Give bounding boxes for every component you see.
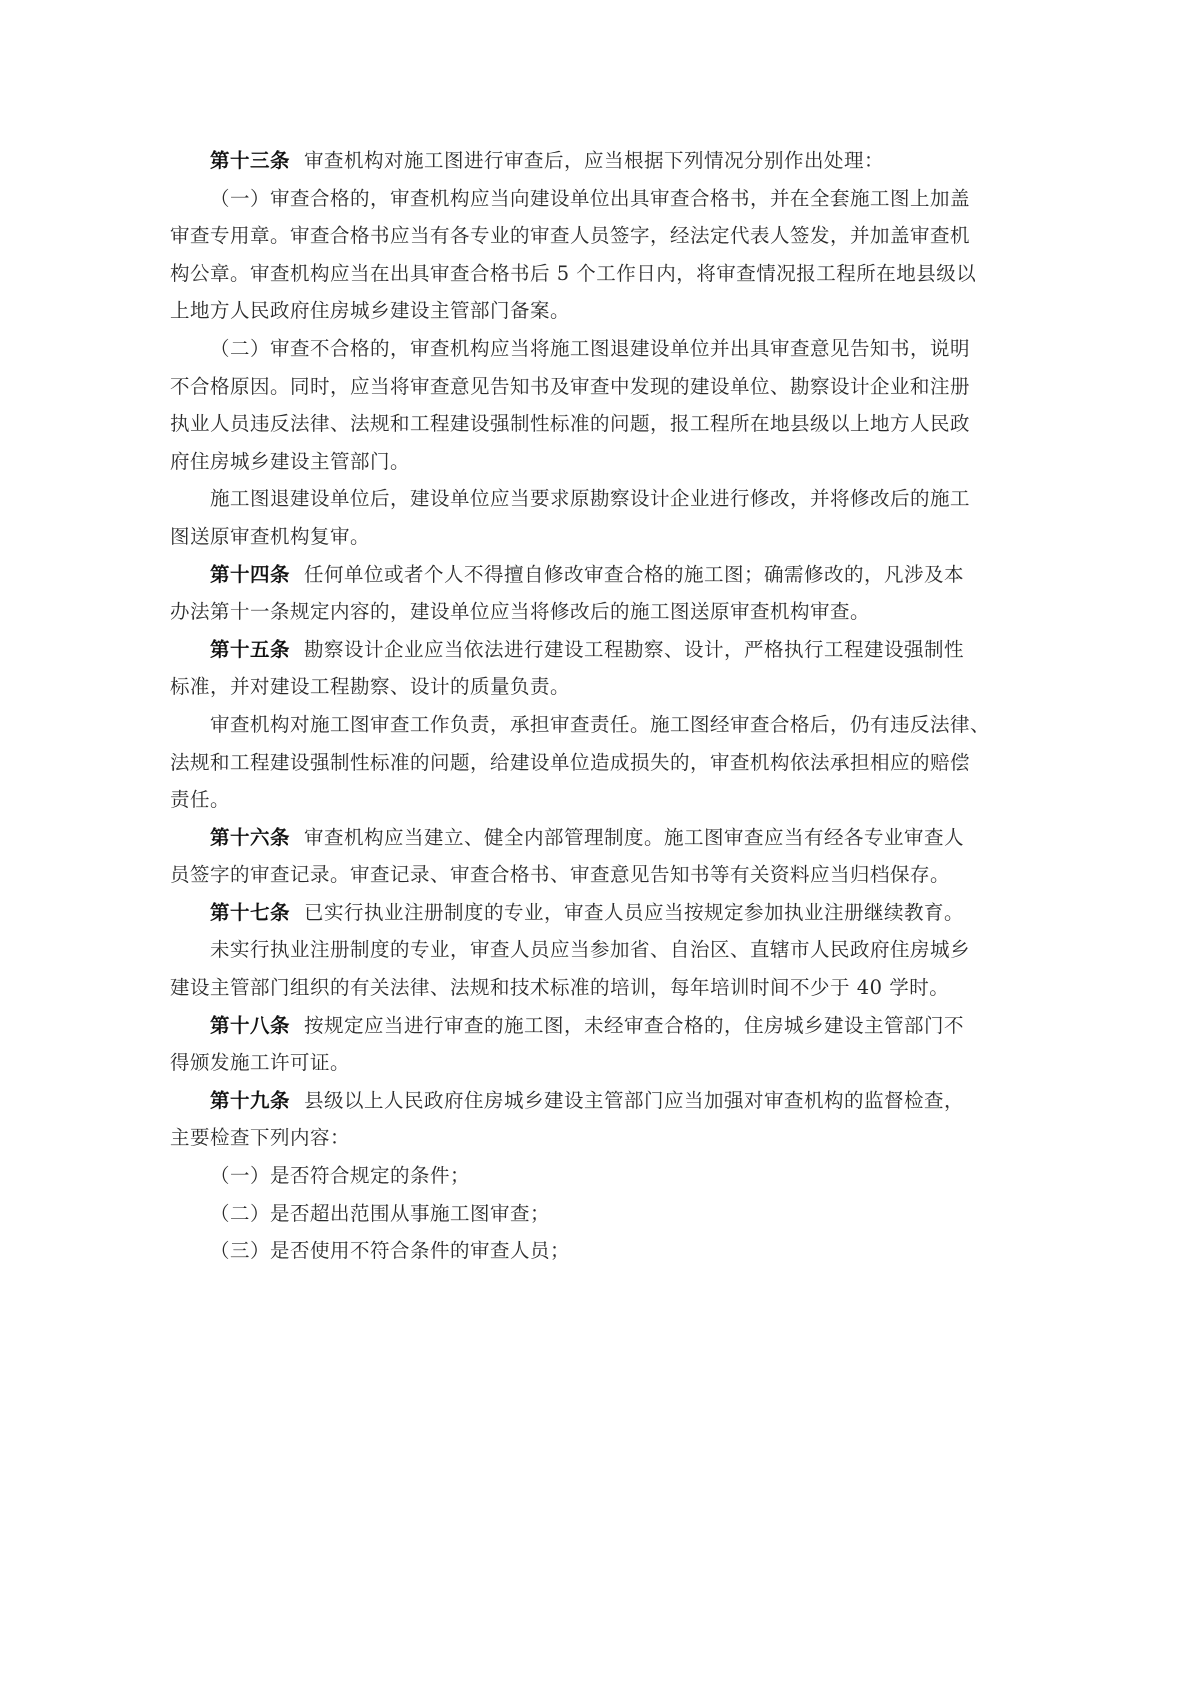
line-text: 员签字的审查记录。审查记录、审查合格书、审查意见告知书等有关资料应当归档保存。 [170, 863, 950, 886]
paragraph-line: 府住房城乡建设主管部门。 [170, 443, 942, 481]
article-number: 第十三条 [210, 149, 290, 172]
article-heading-line: 第十四条任何单位或者个人不得擅自修改审查合格的施工图；确需修改的，凡涉及本 [170, 556, 942, 594]
paragraph-line: 上地方人民政府住房城乡建设主管部门备案。 [170, 292, 942, 330]
line-text: 施工图退建设单位后，建设单位应当要求原勘察设计企业进行修改，并将修改后的施工 [210, 487, 970, 510]
line-text: （二）审查不合格的，审查机构应当将施工图退建设单位并出具审查意见告知书，说明 [210, 337, 970, 360]
line-text: 上地方人民政府住房城乡建设主管部门备案。 [170, 299, 570, 322]
paragraph-line: （二）是否超出范围从事施工图审查； [170, 1195, 942, 1233]
paragraph-line: 执业人员违反法律、法规和工程建设强制性标准的问题，报工程所在地县级以上地方人民政 [170, 405, 942, 443]
article-heading-line: 第十五条勘察设计企业应当依法进行建设工程勘察、设计，严格执行工程建设强制性 [170, 631, 942, 669]
line-text: 县级以上人民政府住房城乡建设主管部门应当加强对审查机构的监督检查， [304, 1089, 964, 1112]
line-text: 府住房城乡建设主管部门。 [170, 450, 410, 473]
article-heading-line: 第十九条县级以上人民政府住房城乡建设主管部门应当加强对审查机构的监督检查， [170, 1082, 942, 1120]
article-heading-line: 第十八条按规定应当进行审查的施工图，未经审查合格的，住房城乡建设主管部门不 [170, 1007, 942, 1045]
paragraph-line: （三）是否使用不符合条件的审查人员； [170, 1232, 942, 1270]
paragraph-line: 施工图退建设单位后，建设单位应当要求原勘察设计企业进行修改，并将修改后的施工 [170, 480, 942, 518]
line-text: 办法第十一条规定内容的，建设单位应当将修改后的施工图送原审查机构审查。 [170, 600, 870, 623]
line-text: 执业人员违反法律、法规和工程建设强制性标准的问题，报工程所在地县级以上地方人民政 [170, 412, 970, 435]
paragraph-line: 不合格原因。同时，应当将审查意见告知书及审查中发现的建设单位、勘察设计企业和注册 [170, 368, 942, 406]
paragraph-line: 得颁发施工许可证。 [170, 1044, 942, 1082]
line-text: 审查机构对施工图进行审查后，应当根据下列情况分别作出处理： [304, 149, 884, 172]
line-text: （三）是否使用不符合条件的审查人员； [210, 1239, 570, 1262]
article-heading-line: 第十六条审查机构应当建立、健全内部管理制度。施工图审查应当有经各专业审查人 [170, 819, 942, 857]
article-number: 第十六条 [210, 826, 290, 849]
document-page: 第十三条审查机构对施工图进行审查后，应当根据下列情况分别作出处理：（一）审查合格… [170, 142, 942, 1270]
line-text: 审查机构对施工图审查工作负责，承担审查责任。施工图经审查合格后，仍有违反法律、 [210, 713, 990, 736]
line-text: 未实行执业注册制度的专业，审查人员应当参加省、自治区、直辖市人民政府住房城乡 [210, 938, 970, 961]
paragraph-line: 员签字的审查记录。审查记录、审查合格书、审查意见告知书等有关资料应当归档保存。 [170, 856, 942, 894]
line-text: 标准，并对建设工程勘察、设计的质量负责。 [170, 675, 570, 698]
article-number: 第十九条 [210, 1089, 290, 1112]
line-text: 按规定应当进行审查的施工图，未经审查合格的，住房城乡建设主管部门不 [304, 1014, 964, 1037]
paragraph-line: 责任。 [170, 781, 942, 819]
line-text: （一）是否符合规定的条件； [210, 1164, 470, 1187]
line-text: 已实行执业注册制度的专业，审查人员应当按规定参加执业注册继续教育。 [304, 901, 964, 924]
article-number: 第十八条 [210, 1014, 290, 1037]
paragraph-line: 审查机构对施工图审查工作负责，承担审查责任。施工图经审查合格后，仍有违反法律、 [170, 706, 942, 744]
line-text: 勘察设计企业应当依法进行建设工程勘察、设计，严格执行工程建设强制性 [304, 638, 964, 661]
line-text: 得颁发施工许可证。 [170, 1051, 350, 1074]
line-text: 不合格原因。同时，应当将审查意见告知书及审查中发现的建设单位、勘察设计企业和注册 [170, 375, 970, 398]
paragraph-line: 未实行执业注册制度的专业，审查人员应当参加省、自治区、直辖市人民政府住房城乡 [170, 931, 942, 969]
line-text: 构公章。审查机构应当在出具审查合格书后 5 个工作日内，将审查情况报工程所在地县… [170, 262, 976, 285]
paragraph-line: 建设主管部门组织的有关法律、法规和技术标准的培训，每年培训时间不少于 40 学时… [170, 969, 942, 1007]
paragraph-line: 图送原审查机构复审。 [170, 518, 942, 556]
line-text: 建设主管部门组织的有关法律、法规和技术标准的培训，每年培训时间不少于 40 学时… [170, 976, 949, 999]
paragraph-line: 标准，并对建设工程勘察、设计的质量负责。 [170, 668, 942, 706]
line-text: 责任。 [170, 788, 230, 811]
paragraph-line: （一）是否符合规定的条件； [170, 1157, 942, 1195]
paragraph-line: 审查专用章。审查合格书应当有各专业的审查人员签字，经法定代表人签发，并加盖审查机 [170, 217, 942, 255]
paragraph-line: （二）审查不合格的，审查机构应当将施工图退建设单位并出具审查意见告知书，说明 [170, 330, 942, 368]
article-number: 第十五条 [210, 638, 290, 661]
paragraph-line: 法规和工程建设强制性标准的问题，给建设单位造成损失的，审查机构依法承担相应的赔偿 [170, 744, 942, 782]
article-heading-line: 第十七条已实行执业注册制度的专业，审查人员应当按规定参加执业注册继续教育。 [170, 894, 942, 932]
line-text: 审查专用章。审查合格书应当有各专业的审查人员签字，经法定代表人签发，并加盖审查机 [170, 224, 970, 247]
line-text: 任何单位或者个人不得擅自修改审查合格的施工图；确需修改的，凡涉及本 [304, 563, 964, 586]
paragraph-line: （一）审查合格的，审查机构应当向建设单位出具审查合格书，并在全套施工图上加盖 [170, 180, 942, 218]
line-text: 图送原审查机构复审。 [170, 525, 370, 548]
line-text: （一）审查合格的，审查机构应当向建设单位出具审查合格书，并在全套施工图上加盖 [210, 187, 970, 210]
article-number: 第十四条 [210, 563, 290, 586]
paragraph-line: 主要检查下列内容： [170, 1119, 942, 1157]
line-text: 法规和工程建设强制性标准的问题，给建设单位造成损失的，审查机构依法承担相应的赔偿 [170, 751, 970, 774]
paragraph-line: 办法第十一条规定内容的，建设单位应当将修改后的施工图送原审查机构审查。 [170, 593, 942, 631]
line-text: 主要检查下列内容： [170, 1126, 350, 1149]
article-number: 第十七条 [210, 901, 290, 924]
article-heading-line: 第十三条审查机构对施工图进行审查后，应当根据下列情况分别作出处理： [170, 142, 942, 180]
line-text: （二）是否超出范围从事施工图审查； [210, 1202, 550, 1225]
line-text: 审查机构应当建立、健全内部管理制度。施工图审查应当有经各专业审查人 [304, 826, 964, 849]
paragraph-line: 构公章。审查机构应当在出具审查合格书后 5 个工作日内，将审查情况报工程所在地县… [170, 255, 942, 293]
